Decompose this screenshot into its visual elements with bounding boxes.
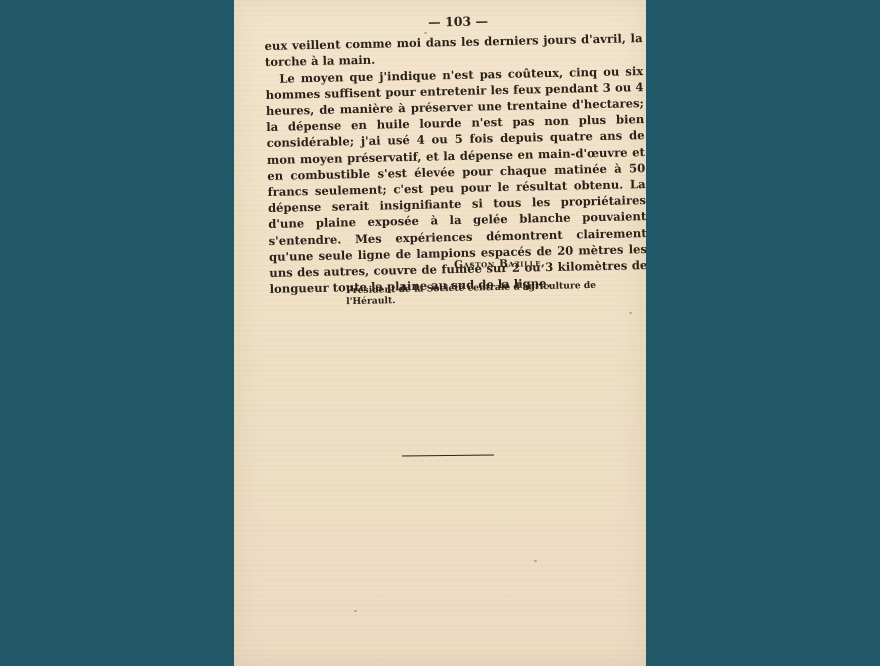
end-rule (402, 455, 494, 457)
paper-speck (629, 312, 632, 314)
paper-speck (424, 32, 427, 34)
paper-speck (354, 610, 357, 612)
document-page: — 103 — eux veillent comme moi dans les … (234, 0, 646, 666)
signature: Gaston Bazille, (454, 257, 546, 271)
page-number: — 103 — (274, 10, 642, 34)
paper-speck (534, 560, 537, 562)
body-text: — 103 — eux veillent comme moi dans les … (264, 10, 646, 297)
